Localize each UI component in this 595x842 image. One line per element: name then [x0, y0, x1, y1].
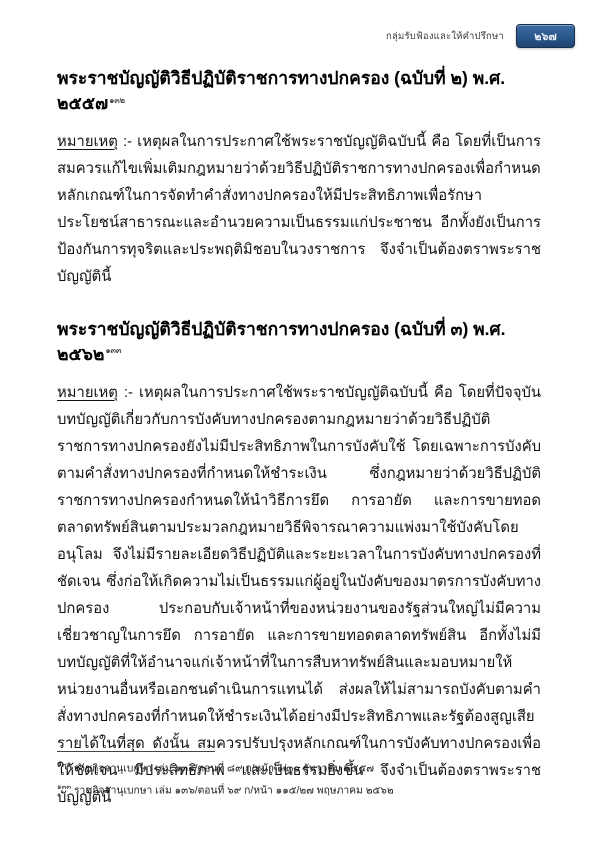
remark-body: :- เหตุผลในการประกาศใช้พระราชบัญญัติฉบับ…	[57, 134, 541, 285]
act-title-text: พระราชบัญญัติวิธีปฏิบัติราชการทางปกครอง …	[57, 319, 506, 364]
remark-label: หมายเหตุ	[57, 134, 118, 150]
footnote-number: ๑๓๒	[57, 762, 71, 769]
remark-label: หมายเหตุ	[57, 385, 118, 401]
document-page: กลุ่มรับฟ้องและให้คำปรึกษา ๒๖๗ พระราชบัญ…	[0, 0, 595, 842]
footnote-divider	[57, 751, 215, 752]
footnote-text: ราชกิจจานุเบกษา เล่ม ๑๓๑/ตอนที่ ๘๙ ก/หน้…	[74, 764, 374, 775]
remark-paragraph: หมายเหตุ :- เหตุผลในการประกาศใช้พระราชบั…	[57, 129, 541, 291]
page-header: กลุ่มรับฟ้องและให้คำปรึกษา ๒๖๗	[386, 24, 575, 48]
header-group-label: กลุ่มรับฟ้องและให้คำปรึกษา	[386, 29, 504, 44]
footnote-number: ๑๓๓	[57, 784, 71, 791]
document-content: พระราชบัญญัติวิธีปฏิบัติราชการทางปกครอง …	[57, 66, 541, 838]
act-title-text: พระราชบัญญัติวิธีปฏิบัติราชการทางปกครอง …	[57, 68, 505, 113]
footnote-reference: ๑๓๒	[109, 96, 125, 105]
footnote-item: ๑๓๒ราชกิจจานุเบกษา เล่ม ๑๓๑/ตอนที่ ๘๙ ก/…	[57, 761, 541, 777]
footnote-reference: ๑๓๓	[105, 346, 121, 355]
act-section-2562: พระราชบัญญัติวิธีปฏิบัติราชการทางปกครอง …	[57, 317, 541, 812]
page-number-badge: ๒๖๗	[516, 24, 575, 48]
remark-paragraph: หมายเหตุ :- เหตุผลในการประกาศใช้พระราชบั…	[57, 380, 541, 812]
act-title: พระราชบัญญัติวิธีปฏิบัติราชการทางปกครอง …	[57, 66, 541, 117]
act-section-2557: พระราชบัญญัติวิธีปฏิบัติราชการทางปกครอง …	[57, 66, 541, 291]
remark-body: :- เหตุผลในการประกาศใช้พระราชบัญญัติฉบับ…	[57, 385, 541, 806]
act-title: พระราชบัญญัติวิธีปฏิบัติราชการทางปกครอง …	[57, 317, 541, 368]
footnote-item: ๑๓๓ราชกิจจานุเบกษา เล่ม ๑๓๖/ตอนที่ ๖๙ ก/…	[57, 783, 541, 799]
footnotes-area: ๑๓๒ราชกิจจานุเบกษา เล่ม ๑๓๑/ตอนที่ ๘๙ ก/…	[57, 751, 541, 804]
footnote-text: ราชกิจจานุเบกษา เล่ม ๑๓๖/ตอนที่ ๖๙ ก/หน้…	[74, 785, 394, 796]
